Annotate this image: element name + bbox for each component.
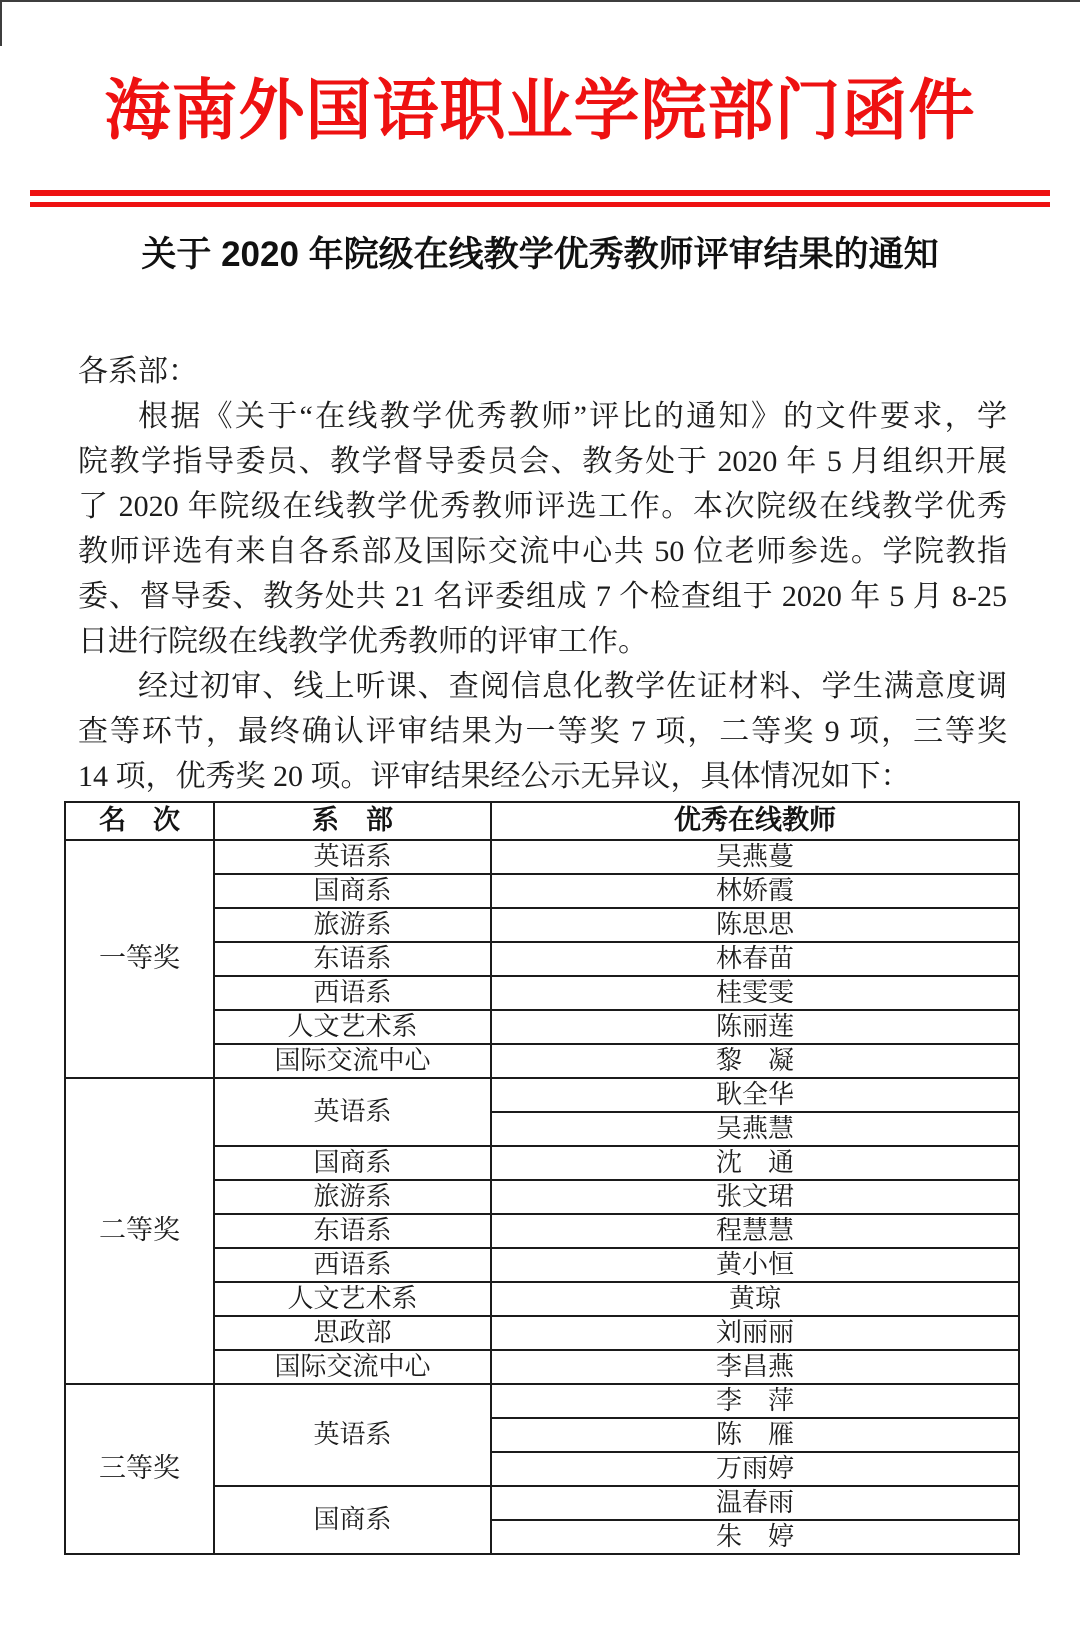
teacher-cell: 陈丽莲 [491,1010,1019,1044]
rank-cell: 三等奖 [65,1384,214,1554]
department-cell: 思政部 [214,1316,491,1350]
paragraph-1-line-6: 日进行院级在线教学优秀教师的评审工作。 [78,619,1007,664]
red-divider-bottom-line [30,202,1050,207]
red-divider-top-line [30,190,1050,196]
department-cell: 国商系 [214,874,491,908]
document-page: 海南外国语职业学院部门函件 关于 2020 年院级在线教学优秀教师评审结果的通知… [0,0,1080,1628]
paragraph-2-line-3: 14 项，优秀奖 20 项。评审结果经公示无异议，具体情况如下： [78,754,1007,799]
rank-cell: 二等奖 [65,1078,214,1384]
department-cell: 国际交流中心 [214,1044,491,1078]
paragraph-1-line-5: 委、督导委、教务处共 21 名评委组成 7 个检查组于 2020 年 5 月 8… [78,574,1007,619]
department-cell: 东语系 [214,1214,491,1248]
department-cell: 国际交流中心 [214,1350,491,1384]
table-row: 二等奖英语系耿全华 [65,1078,1019,1112]
header-teacher: 优秀在线教师 [491,802,1019,840]
teacher-cell: 李昌燕 [491,1350,1019,1384]
scan-edge-top [0,0,1080,2]
scan-edge-left [0,0,2,46]
notice-title: 关于 2020 年院级在线教学优秀教师评审结果的通知 [0,232,1080,278]
paragraph-1-line-2: 院教学指导委员、教学督导委员会、教务处于 2020 年 5 月组织开展 [78,439,1007,484]
teacher-cell: 沈 通 [491,1146,1019,1180]
teacher-cell: 李 萍 [491,1384,1019,1418]
letterhead-title: 海南外国语职业学院部门函件 [0,66,1080,158]
teacher-cell: 黄小恒 [491,1248,1019,1282]
red-divider [30,190,1050,207]
department-cell: 英语系 [214,1078,491,1146]
paragraphs: 根据《关于“在线教学优秀教师”评比的通知》的文件要求，学院教学指导委员、教学督导… [78,394,1007,799]
teacher-cell: 耿全华 [491,1078,1019,1112]
teacher-cell: 林春苗 [491,942,1019,976]
teacher-cell: 吴燕蔓 [491,840,1019,874]
department-cell: 人文艺术系 [214,1282,491,1316]
department-cell: 国商系 [214,1146,491,1180]
department-cell: 旅游系 [214,908,491,942]
department-cell: 英语系 [214,840,491,874]
teacher-cell: 黄琼 [491,1282,1019,1316]
rank-cell: 一等奖 [65,840,214,1078]
teacher-cell: 刘丽丽 [491,1316,1019,1350]
paragraph-1-line-4: 教师评选有来自各系部及国际交流中心共 50 位老师参选。学院教指 [78,529,1007,574]
teacher-cell: 桂雯雯 [491,976,1019,1010]
department-cell: 西语系 [214,1248,491,1282]
teacher-cell: 黎 凝 [491,1044,1019,1078]
results-table: 名 次 系 部 优秀在线教师 一等奖英语系吴燕蔓国商系林娇霞旅游系陈思思东语系林… [64,801,1020,1555]
department-cell: 旅游系 [214,1180,491,1214]
teacher-cell: 张文珺 [491,1180,1019,1214]
paragraph-2-line-1: 经过初审、线上听课、查阅信息化教学佐证材料、学生满意度调 [78,664,1007,709]
letterhead: 海南外国语职业学院部门函件 [0,0,1080,158]
notice-body: 各系部： 根据《关于“在线教学优秀教师”评比的通知》的文件要求，学院教学指导委员… [78,349,1007,799]
salutation: 各系部： [78,349,1007,394]
paragraph-1-line-3: 了 2020 年院级在线教学优秀教师评选工作。本次院级在线教学优秀 [78,484,1007,529]
teacher-cell: 温春雨 [491,1486,1019,1520]
teacher-cell: 陈 雁 [491,1418,1019,1452]
teacher-cell: 程慧慧 [491,1214,1019,1248]
teacher-cell: 吴燕慧 [491,1112,1019,1146]
table-row: 三等奖英语系李 萍 [65,1384,1019,1418]
department-cell: 东语系 [214,942,491,976]
teacher-cell: 陈思思 [491,908,1019,942]
teacher-cell: 林娇霞 [491,874,1019,908]
department-cell: 西语系 [214,976,491,1010]
paragraph-1-line-1: 根据《关于“在线教学优秀教师”评比的通知》的文件要求，学 [78,394,1007,439]
table-header-row: 名 次 系 部 优秀在线教师 [65,802,1019,840]
table-row: 一等奖英语系吴燕蔓 [65,840,1019,874]
teacher-cell: 朱 婷 [491,1520,1019,1554]
paragraph-2-line-2: 查等环节，最终确认评审结果为一等奖 7 项，二等奖 9 项，三等奖 [78,709,1007,754]
department-cell: 人文艺术系 [214,1010,491,1044]
header-rank: 名 次 [65,802,214,840]
department-cell: 英语系 [214,1384,491,1486]
department-cell: 国商系 [214,1486,491,1554]
header-department: 系 部 [214,802,491,840]
teacher-cell: 万雨婷 [491,1452,1019,1486]
